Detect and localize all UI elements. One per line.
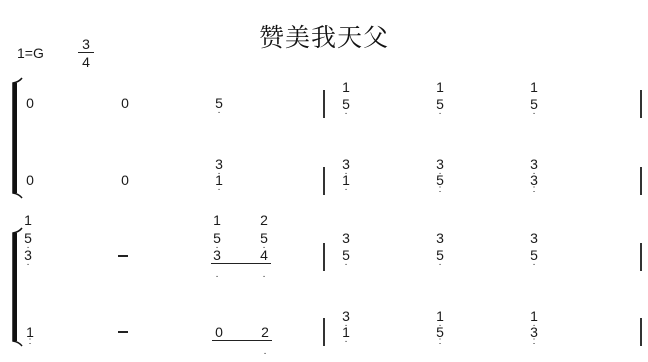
system-1-bracket [5, 76, 25, 200]
note: 0 [24, 173, 36, 187]
note: 3· [434, 157, 446, 171]
note: 1· [340, 173, 352, 187]
sustain-dash [118, 255, 128, 257]
key-signature: 1=G [17, 45, 44, 61]
time-signature-numerator: 3 [78, 36, 94, 53]
note: 1 [211, 213, 223, 227]
note: 4 [258, 248, 270, 262]
note: 3: [528, 173, 540, 187]
sustain-dash [118, 331, 128, 333]
note: 1· [528, 309, 540, 323]
note: 0 [119, 96, 131, 110]
note: 3 [528, 231, 540, 245]
note: 3· [22, 248, 34, 262]
note: 1: [24, 325, 36, 339]
barline [640, 243, 642, 271]
note: 3 [340, 231, 352, 245]
note: 3· [340, 309, 352, 323]
note: 3: [528, 325, 540, 339]
note: 0 [213, 325, 225, 339]
barline [323, 243, 325, 271]
note: 2 [258, 213, 270, 227]
note: 5· [340, 248, 352, 262]
note: 2 [259, 325, 271, 339]
note: 5· [258, 231, 270, 245]
note: 5· [528, 97, 540, 111]
eighth-beam [211, 263, 271, 264]
note: 1 [434, 80, 446, 94]
note: · [259, 344, 271, 358]
note: 3 [434, 231, 446, 245]
time-signature: 3 4 [78, 36, 94, 70]
barline [323, 318, 325, 346]
note: 5· [434, 97, 446, 111]
note: 3· [340, 157, 352, 171]
barline [640, 318, 642, 346]
note: 3 [211, 248, 223, 262]
eighth-beam [212, 340, 272, 341]
note: 5· [22, 231, 34, 245]
barline [640, 167, 642, 195]
barline [640, 90, 642, 118]
note: 5· [340, 97, 352, 111]
song-title: 赞美我天父 [0, 18, 648, 54]
note: 0 [24, 96, 36, 110]
note: 5· [213, 96, 225, 110]
note: 1· [340, 325, 352, 339]
barline [323, 90, 325, 118]
note: 5· [434, 248, 446, 262]
note: 5· [528, 248, 540, 262]
note: 1 [340, 80, 352, 94]
note: · [211, 267, 223, 281]
note: 1 [22, 213, 34, 227]
note: 1· [434, 309, 446, 323]
time-signature-denominator: 4 [78, 53, 94, 70]
note: · [258, 267, 270, 281]
note: 5: [434, 325, 446, 339]
barline [323, 167, 325, 195]
note: 1· [213, 173, 225, 187]
note: 5· [211, 231, 223, 245]
note: 5: [434, 173, 446, 187]
note: 3· [528, 157, 540, 171]
note: 3· [213, 157, 225, 171]
note: 1 [528, 80, 540, 94]
note: 0 [119, 173, 131, 187]
